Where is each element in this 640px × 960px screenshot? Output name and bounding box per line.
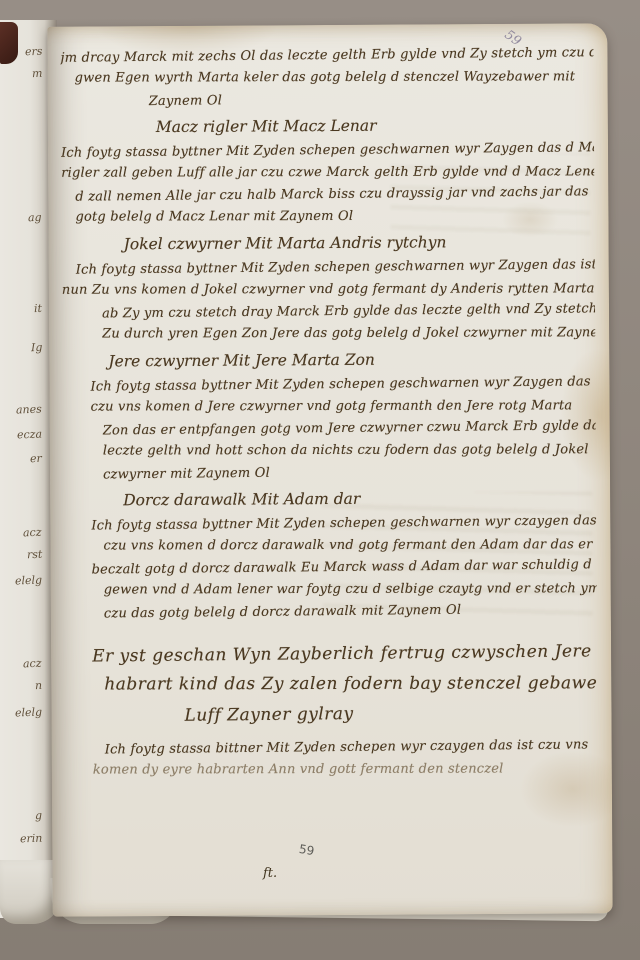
manuscript-line: Zon das er entpfangen gotg vom Jere czwy… [103, 415, 596, 442]
manuscript-line: Ich foytg stassa bittner Mit Zyden schep… [105, 734, 598, 761]
edge-text-fragment: it [34, 303, 42, 315]
edge-text-fragment: m [31, 68, 42, 80]
manuscript-line: czwyrner mit Zaynem Ol [103, 459, 596, 486]
agreement-passage: Er yst geschan Wyn Zayberlich fertrug cz… [64, 637, 598, 730]
manuscript-line: habrart kind das Zy zalen fodern bay ste… [104, 668, 597, 699]
edge-text-fragment: ag [28, 212, 42, 224]
paragraph-entry: Ich foytg stassa byttner Mit Zyden schep… [62, 255, 596, 346]
manuscript-line: czu vns komen d dorcz darawalk vnd gotg … [103, 534, 596, 557]
edge-text-fragment: erin [19, 833, 42, 846]
paragraph-carryover: jm drcay Marck mit zechs Ol das leczte g… [60, 43, 593, 112]
archivist-mark: ft. [263, 866, 277, 881]
manuscript-line: Luff Zayner gylray [184, 696, 597, 730]
edge-text-fragment: g [35, 810, 42, 822]
edge-text-fragment: ecza [17, 429, 42, 442]
manuscript-line: gewen vnd d Adam lener war foytg czu d s… [104, 578, 597, 601]
entry-heading: Dorcz darawalk Mit Adam dar [123, 484, 596, 514]
binding-corner [0, 22, 18, 64]
edge-text-fragment: elelg [15, 707, 43, 720]
edge-text-fragment: Ig [30, 342, 42, 354]
manuscript-line: gotg belelg d Macz Lenar mit Zaynem Ol [75, 205, 594, 228]
folio-number-bottom: 59 [298, 842, 315, 858]
manuscript-page: 59 jm drcay Marck mit zechs Ol das leczt… [47, 23, 612, 916]
manuscript-line: Zaynem Ol [149, 86, 594, 113]
entry-heading: Jokel czwyrner Mit Marta Andris rytchyn [124, 228, 595, 258]
edge-text-fragment: ers [24, 46, 42, 59]
edge-text-fragment: elelg [15, 575, 43, 588]
paragraph-entry: Ich foytg stassa bittner Mit Zyden schep… [65, 735, 598, 782]
manuscript-line: czu das gotg belelg d dorcz darawalk mit… [104, 598, 597, 625]
manuscript-line: Zu durch yren Egen Zon Jere das gotg bel… [102, 322, 595, 345]
edge-text-fragment: er [30, 453, 42, 465]
edge-text-fragment: acz [23, 527, 42, 540]
manuscript-text: jm drcay Marck mit zechs Ol das leczte g… [60, 43, 598, 916]
manuscript-line: ab Zy ym czu stetch dray Marck Erb gylde… [102, 298, 595, 325]
edge-text-fragment: rst [26, 549, 42, 562]
paragraph-entry: Ich foytg stassa byttner Mit Zyden schep… [61, 138, 595, 229]
manuscript-line: czu vns komen d Jere czwyrner vnd gotg f… [91, 395, 596, 418]
manuscript-line: leczte gelth vnd hott schon da nichts cz… [103, 439, 596, 462]
edge-text-fragment: acz [23, 658, 42, 671]
manuscript-line: komen dy eyre habrarten Ann vnd gott fer… [93, 758, 598, 781]
entry-heading: Jere czwyrner Mit Jere Marta Zon [108, 345, 595, 375]
paragraph-entry: Ich foytg stassa byttner Mit Zyden schep… [62, 372, 596, 485]
edge-text-fragment: anes [16, 404, 42, 417]
entry-heading: Macz rigler Mit Macz Lenar [156, 111, 594, 141]
photograph-scene: ers m ag it Ig anes ecza er acz rst elel… [0, 0, 640, 960]
manuscript-line: Er yst geschan Wyn Zayberlich fertrug cz… [92, 636, 597, 671]
manuscript-line: gwen Egen wyrth Marta keler das gotg bel… [75, 66, 594, 89]
paragraph-entry: Ich foytg stassa byttner Mit Zyden schep… [63, 511, 597, 624]
edge-text-fragment: n [35, 680, 43, 692]
